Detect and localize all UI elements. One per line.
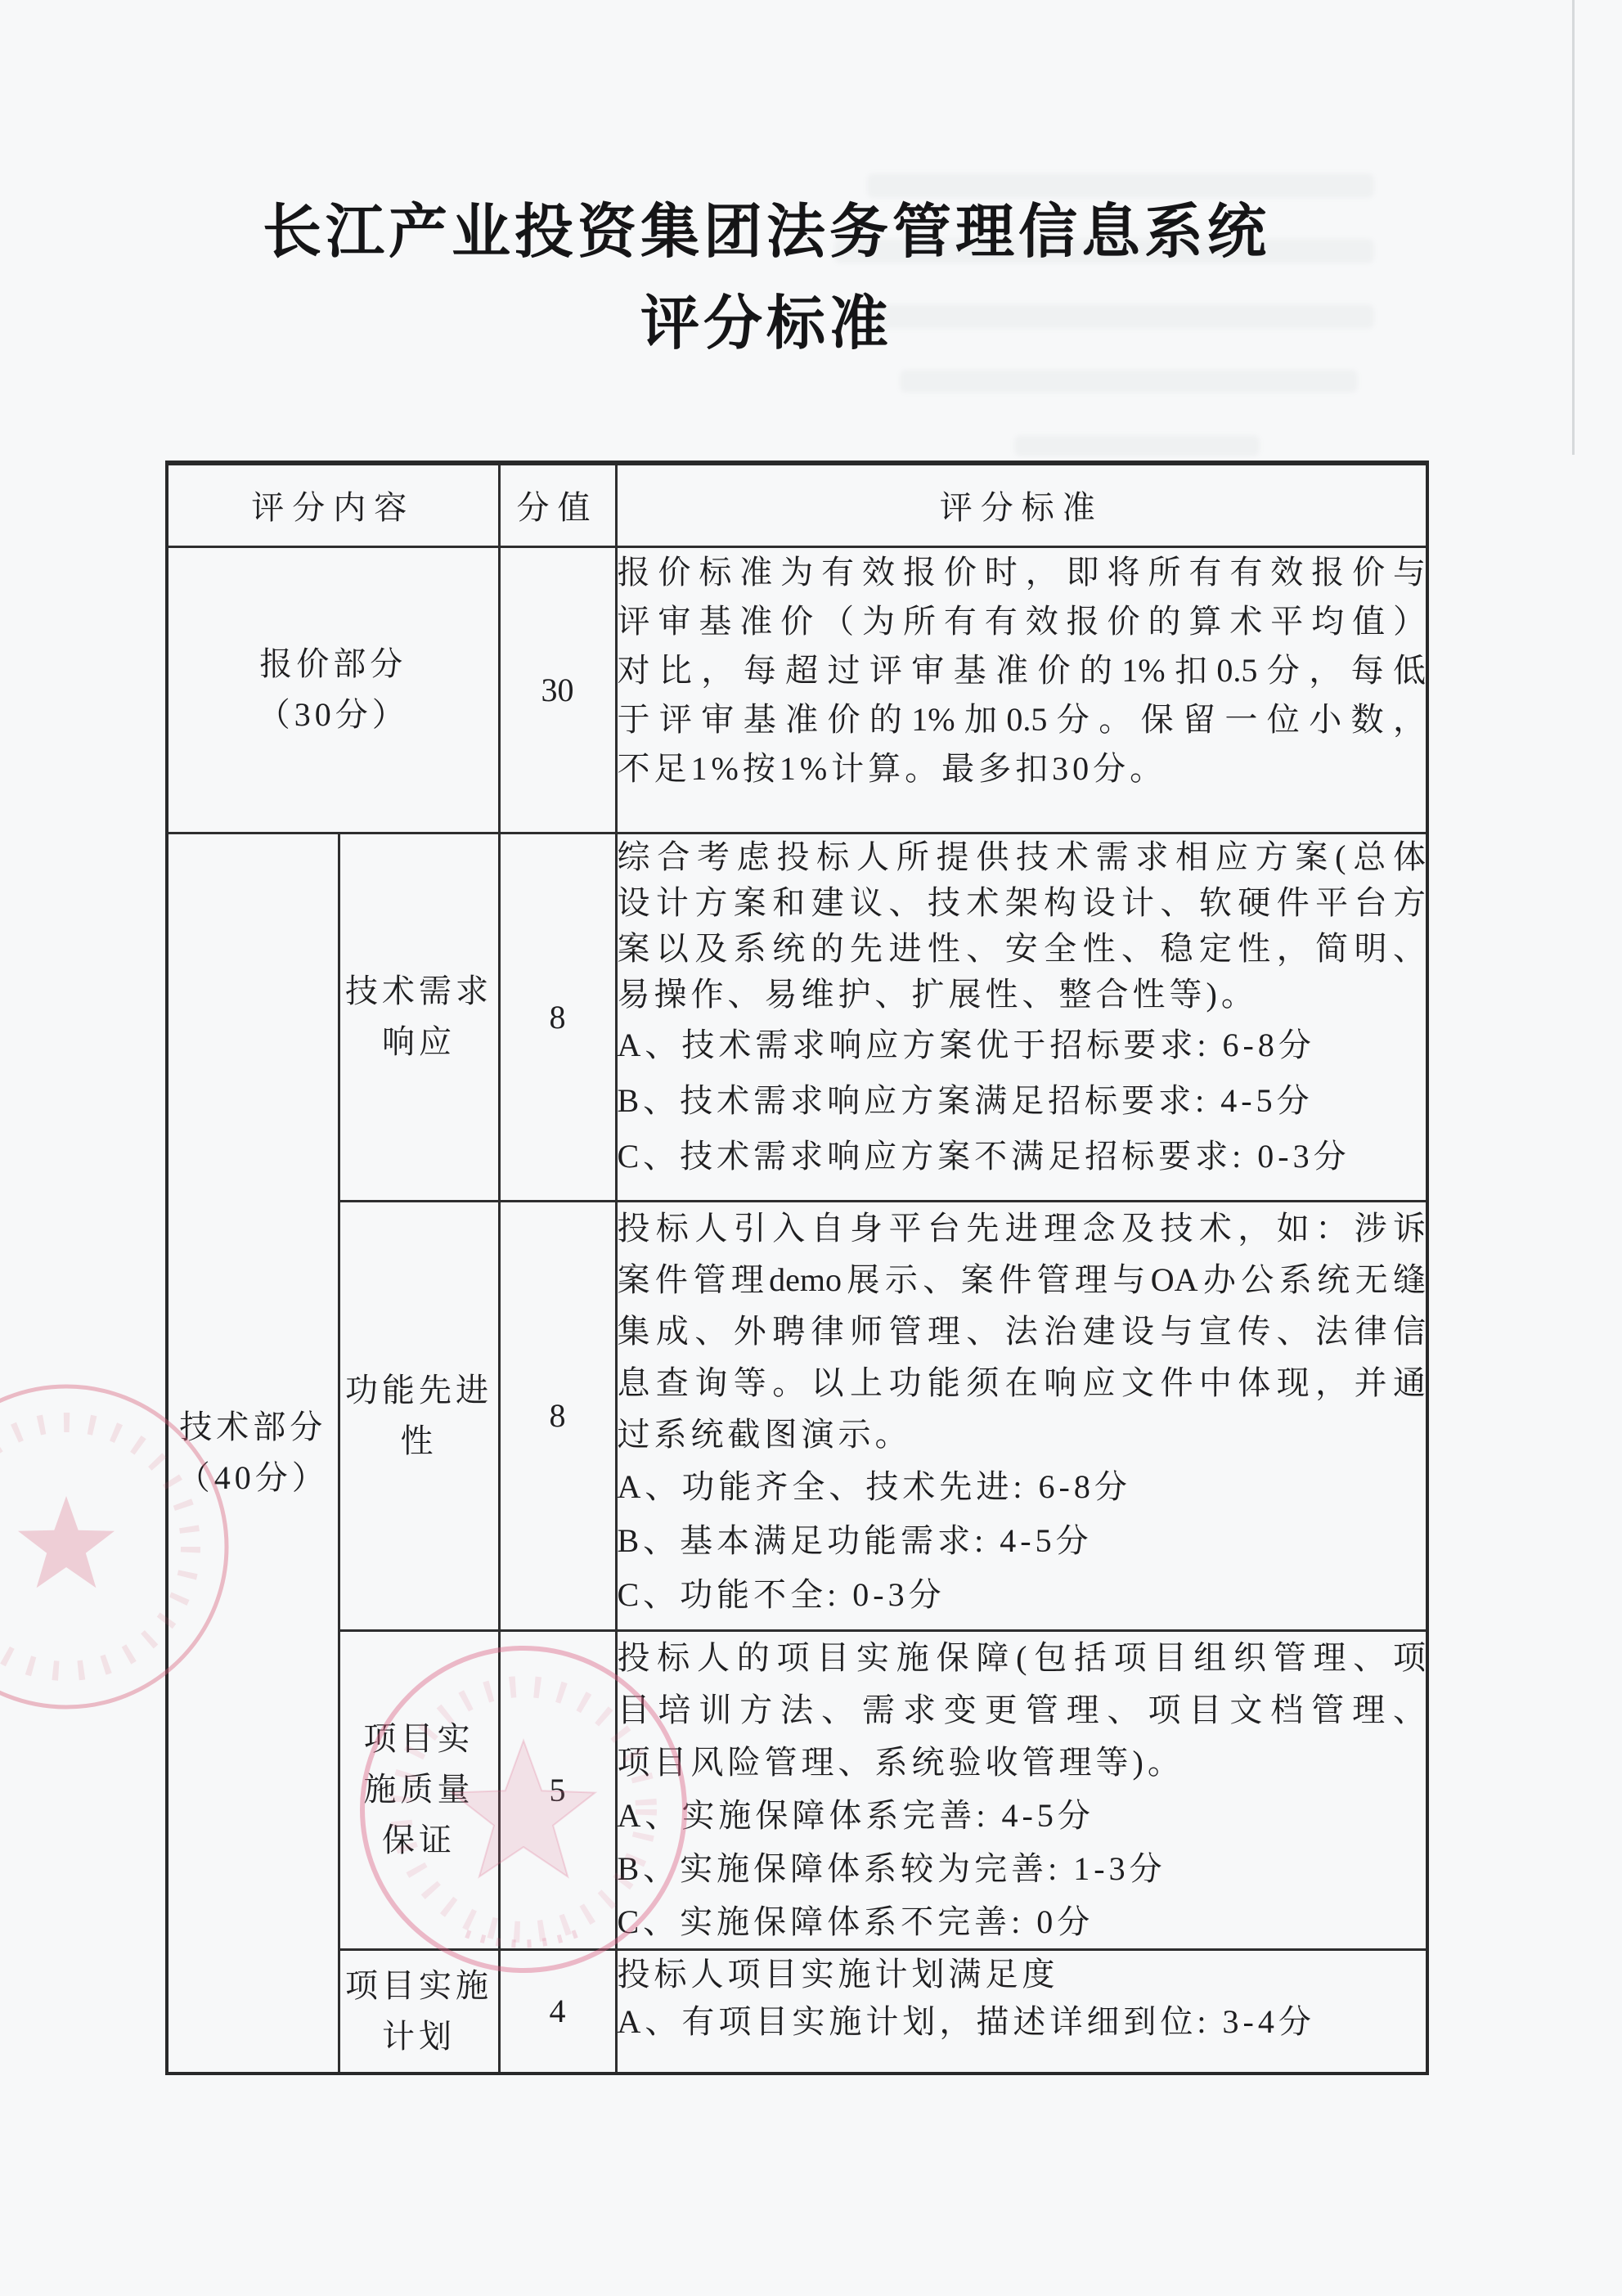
criteria-option-line: C、功能不全: 0-3分	[618, 1568, 1427, 1622]
header-criteria: 评分标准	[616, 463, 1427, 546]
table-header-row: 评分内容 分值 评分标准	[167, 463, 1427, 546]
table-row-function-advancement: 功能先进 性 8 投标人引入自身平台先进理念及技术，如：涉诉案件管理demo展示…	[167, 1201, 1427, 1630]
implementation-quality-criteria-cell: 投标人的项目实施保障(包括项目组织管理、项目培训方法、需求变更管理、项目文档管理…	[616, 1630, 1427, 1949]
criteria-option-line: A、技术需求响应方案优于招标要求: 6-8分	[618, 1018, 1427, 1073]
criteria-option-line: B、技术需求响应方案满足招标要求: 4-5分	[618, 1073, 1427, 1129]
implementation-quality-label: 项目实 施质量 保证	[339, 1630, 499, 1949]
criteria-paragraph-line: 目培训方法、需求变更管理、项目文档管理、	[618, 1684, 1427, 1737]
tech-section-label: 技术部分 （40分）	[167, 833, 339, 2074]
header-score: 分值	[499, 463, 616, 546]
criteria-option-line: A、实施保障体系完善: 4-5分	[618, 1789, 1427, 1842]
criteria-option-line: A、有项目实施计划，描述详细到位: 3-4分	[618, 1998, 1427, 2046]
document-title-line1: 长江产业投资集团法务管理信息系统	[0, 186, 1533, 278]
criteria-paragraph-line: 报价标准为有效报价时，即将所有有效报价与	[618, 548, 1427, 597]
criteria-paragraph-line: 息查询等。以上功能须在响应文件中体现，并通	[618, 1357, 1427, 1409]
criteria-paragraph-line: 投标人引入自身平台先进理念及技术，如：涉诉	[618, 1202, 1427, 1254]
table-row-implementation-quality: 项目实 施质量 保证 5 投标人的项目实施保障(包括项目组织管理、项目培训方法、…	[167, 1630, 1427, 1949]
function-advancement-label: 功能先进 性	[339, 1201, 499, 1630]
criteria-paragraph-line: 于评审基准价的1%加0.5分。保留一位小数，	[618, 695, 1427, 744]
bleed-through-ghost	[900, 370, 1358, 393]
table-row-tech-response: 技术部分 （40分） 技术需求 响应 8 综合考虑投标人所提供技术需求相应方案(…	[167, 833, 1427, 1201]
seal-star-icon	[18, 1496, 115, 1588]
scoring-criteria-table: 评分内容 分值 评分标准 报价部分 （30分） 30 报价标准为有效报价时，即将…	[165, 461, 1429, 2075]
function-advancement-criteria-cell: 投标人引入自身平台先进理念及技术，如：涉诉案件管理demo展示、案件管理与OA办…	[616, 1201, 1427, 1630]
criteria-paragraph-line: 不足1%按1%计算。最多扣30分。	[618, 744, 1427, 793]
bleed-through-ghost	[1014, 435, 1260, 456]
criteria-paragraph-line: 综合考虑投标人所提供技术需求相应方案(总体	[618, 834, 1427, 880]
criteria-paragraph-line: 案以及系统的先进性、安全性、稳定性，简明、	[618, 926, 1427, 972]
quote-score-value: 30	[499, 546, 616, 833]
tech-response-criteria-cell: 综合考虑投标人所提供技术需求相应方案(总体设计方案和建议、技术架构设计、软硬件平…	[616, 833, 1427, 1201]
criteria-paragraph-line: 集成、外聘律师管理、法治建设与宣传、法律信	[618, 1305, 1427, 1357]
criteria-paragraph-line: 投标人的项目实施保障(包括项目组织管理、项	[618, 1632, 1427, 1684]
quote-criteria-cell: 报价标准为有效报价时，即将所有有效报价与评审基准价（为所有有效报价的算术平均值）…	[616, 546, 1427, 833]
quote-section-label: 报价部分 （30分）	[167, 546, 499, 833]
implementation-plan-label: 项目实施 计划	[339, 1949, 499, 2074]
scanned-document-page: 长江产业投资集团法务管理信息系统 评分标准 评分内容 分值 评分标准 报价部分 …	[0, 0, 1622, 2296]
function-advancement-score: 8	[499, 1201, 616, 1630]
implementation-quality-score: 5	[499, 1630, 616, 1949]
criteria-paragraph-line: 项目风险管理、系统验收管理等)。	[618, 1737, 1427, 1789]
tech-response-label: 技术需求 响应	[339, 833, 499, 1201]
scan-page-edge-line	[1572, 0, 1575, 455]
criteria-option-line: A、功能齐全、技术先进: 6-8分	[618, 1460, 1427, 1514]
implementation-plan-score: 4	[499, 1949, 616, 2074]
criteria-option-line: C、实施保障体系不完善: 0分	[618, 1895, 1427, 1948]
criteria-paragraph-line: 易操作、易维护、扩展性、整合性等)。	[618, 972, 1427, 1018]
criteria-paragraph-line: 过系统截图演示。	[618, 1409, 1427, 1460]
header-content: 评分内容	[167, 463, 499, 546]
criteria-paragraph-line: 案件管理demo展示、案件管理与OA办公系统无缝	[618, 1254, 1427, 1305]
document-title-line2: 评分标准	[0, 278, 1533, 370]
implementation-plan-criteria-cell: 投标人项目实施计划满足度A、有项目实施计划，描述详细到位: 3-4分	[616, 1949, 1427, 2074]
criteria-paragraph-line: 设计方案和建议、技术架构设计、软硬件平台方	[618, 880, 1427, 926]
criteria-paragraph-line: 对比，每超过评审基准价的1%扣0.5分，每低	[618, 646, 1427, 695]
criteria-paragraph-line: 评审基准价（为所有有效报价的算术平均值）	[618, 597, 1427, 646]
criteria-option-line: B、实施保障体系较为完善: 1-3分	[618, 1842, 1427, 1895]
criteria-option-line: B、基本满足功能需求: 4-5分	[618, 1514, 1427, 1568]
table-row-implementation-plan: 项目实施 计划 4 投标人项目实施计划满足度A、有项目实施计划，描述详细到位: …	[167, 1949, 1427, 2074]
criteria-option-line: C、技术需求响应方案不满足招标要求: 0-3分	[618, 1129, 1427, 1184]
criteria-paragraph-line: 投标人项目实施计划满足度	[618, 1951, 1427, 1998]
document-title: 长江产业投资集团法务管理信息系统 评分标准	[0, 186, 1533, 370]
tech-response-score: 8	[499, 833, 616, 1201]
table-row-quote: 报价部分 （30分） 30 报价标准为有效报价时，即将所有有效报价与评审基准价（…	[167, 546, 1427, 833]
